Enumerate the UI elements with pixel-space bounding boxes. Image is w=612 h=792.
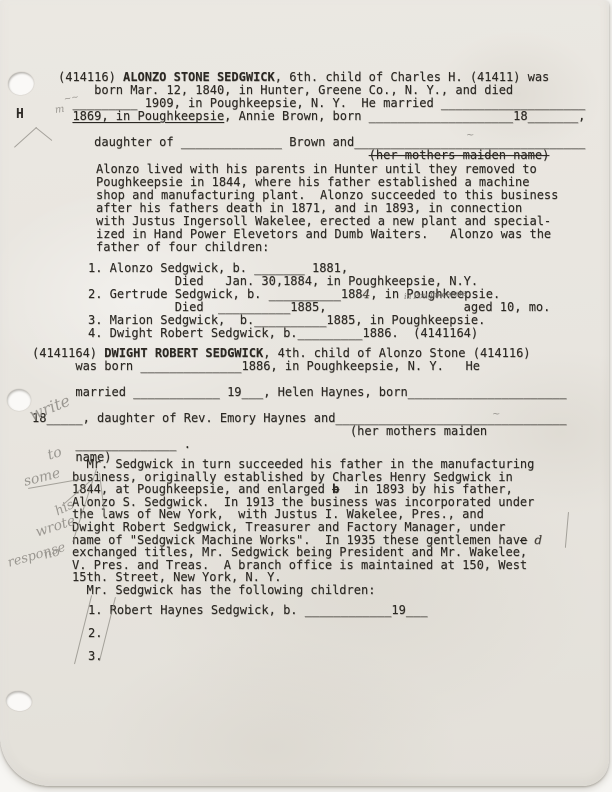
pencil-tick: ~ (492, 409, 500, 420)
text-segment: shop and manufacturing plant. Alonzo suc… (96, 188, 558, 202)
text-segment: Mr. Sedgwick has the following children: (72, 583, 375, 597)
text-segment: after his fathers death in 1871, and in … (96, 201, 522, 215)
text-segment: 1869, in Poughkeepsie (72, 109, 224, 123)
margin-mark-h: H (16, 107, 24, 122)
typed-line: was born ______________1886, in Poughkee… (32, 360, 567, 373)
typed-line: 1869, in Poughkeepsie, Annie Brown, born… (58, 110, 585, 123)
text-segment: ALONZO STONE SEDGWICK (123, 70, 275, 84)
text-segment: , Annie Brown, born ____________________… (224, 109, 585, 123)
text-segment: _________ 1909, in Poughkeepsie, N. Y. H… (58, 96, 585, 110)
text-segment: 1. Alonzo Sedgwick, b. _______ 1881, (88, 261, 348, 275)
typed-block-children2: 1. Robert Haynes Sedgwick, b. __________… (88, 604, 428, 673)
text-segment: Poughkeepsie in 1844, where his father e… (96, 175, 529, 189)
typed-line: 3. (88, 650, 428, 663)
typed-line: 1. Robert Haynes Sedgwick, b. __________… (88, 604, 428, 617)
typed-line: married ____________ 19___, Helen Haynes… (32, 386, 567, 399)
text-segment: (her mothers maiden name) (369, 148, 550, 162)
text-segment: d (534, 533, 542, 547)
text-segment: , 4th. child of Alonzo Stone (414116) (263, 346, 530, 360)
text-segment: 2. Gertrude Sedgwick, b. __________188 (88, 287, 363, 301)
text-segment (58, 148, 369, 162)
text-segment: with Justus Ingersoll Wakelee, erected a… (96, 214, 551, 228)
typed-block-children1: 1. Alonzo Sedgwick, b. _______ 1881, Die… (88, 262, 550, 340)
text-segment: 1. Robert Haynes Sedgwick, b. __________… (88, 603, 428, 617)
text-segment: daughter of ______________ Brown and____… (58, 135, 585, 149)
typed-content: (414116) ALONZO STONE SEDGWICK, 6th. chi… (0, 0, 609, 786)
text-segment: 3. Marion Sedgwick, b.__________1885, in… (88, 313, 485, 327)
typed-line: 4. Dwight Robert Sedgwick, b._________18… (88, 327, 550, 340)
text-segment: ized in Hand Power Elevetors and Dumb Wa… (96, 227, 551, 241)
typed-block-para2: Alonzo lived with his parents in Hunter … (96, 163, 558, 254)
text-segment: 2. (88, 626, 102, 640)
typed-line: 2. (88, 627, 428, 640)
text-segment: 4. Dwight Robert Sedgwick, b._________18… (88, 326, 478, 340)
typed-line: father of four children: (96, 241, 558, 254)
text-segment: was born ______________1886, in Poughkee… (32, 359, 480, 373)
pencil-tick: ~ (466, 130, 474, 141)
text-segment: (4141164) (32, 346, 104, 360)
text-segment: born Mar. 12, 1840, in Hunter, Greene Co… (58, 83, 513, 97)
typed-block-para3: Mr. Sedgwick in turn succeeded his fathe… (72, 458, 542, 597)
text-segment: (her mothers maiden (32, 424, 487, 438)
typed-block-header1: (414116) ALONZO STONE SEDGWICK, 6th. chi… (58, 71, 585, 162)
text-segment: (414116) (58, 70, 123, 84)
text-segment: Died __________1885, aged 10, mo. (88, 300, 550, 314)
text-segment: DWIGHT ROBERT SEDGWICK (104, 346, 263, 360)
typed-line: Mr. Sedgwick has the following children: (72, 584, 542, 597)
text-segment: Died Jan. 30,1884, in Poughkeepsie, N.Y. (88, 274, 478, 288)
text-segment: married ____________ 19___, Helen Haynes… (32, 385, 567, 399)
text-segment: 18_____, daughter of Rev. Emory Haynes a… (32, 411, 567, 425)
pencil-squiggle: m (54, 104, 65, 116)
text-segment: , 6th. child of Charles H. (41411) was (275, 70, 550, 84)
typed-line: (her mothers maiden name) (58, 149, 585, 162)
typed-line: ______________ . (32, 438, 567, 451)
paper: (414116) ALONZO STONE SEDGWICK, 6th. chi… (0, 0, 609, 786)
text-segment: Alonzo lived with his parents in Hunter … (96, 162, 537, 176)
typed-block-header2: (4141164) DWIGHT ROBERT SEDGWICK, 4th. c… (32, 347, 567, 464)
text-segment: father of four children: (96, 240, 269, 254)
